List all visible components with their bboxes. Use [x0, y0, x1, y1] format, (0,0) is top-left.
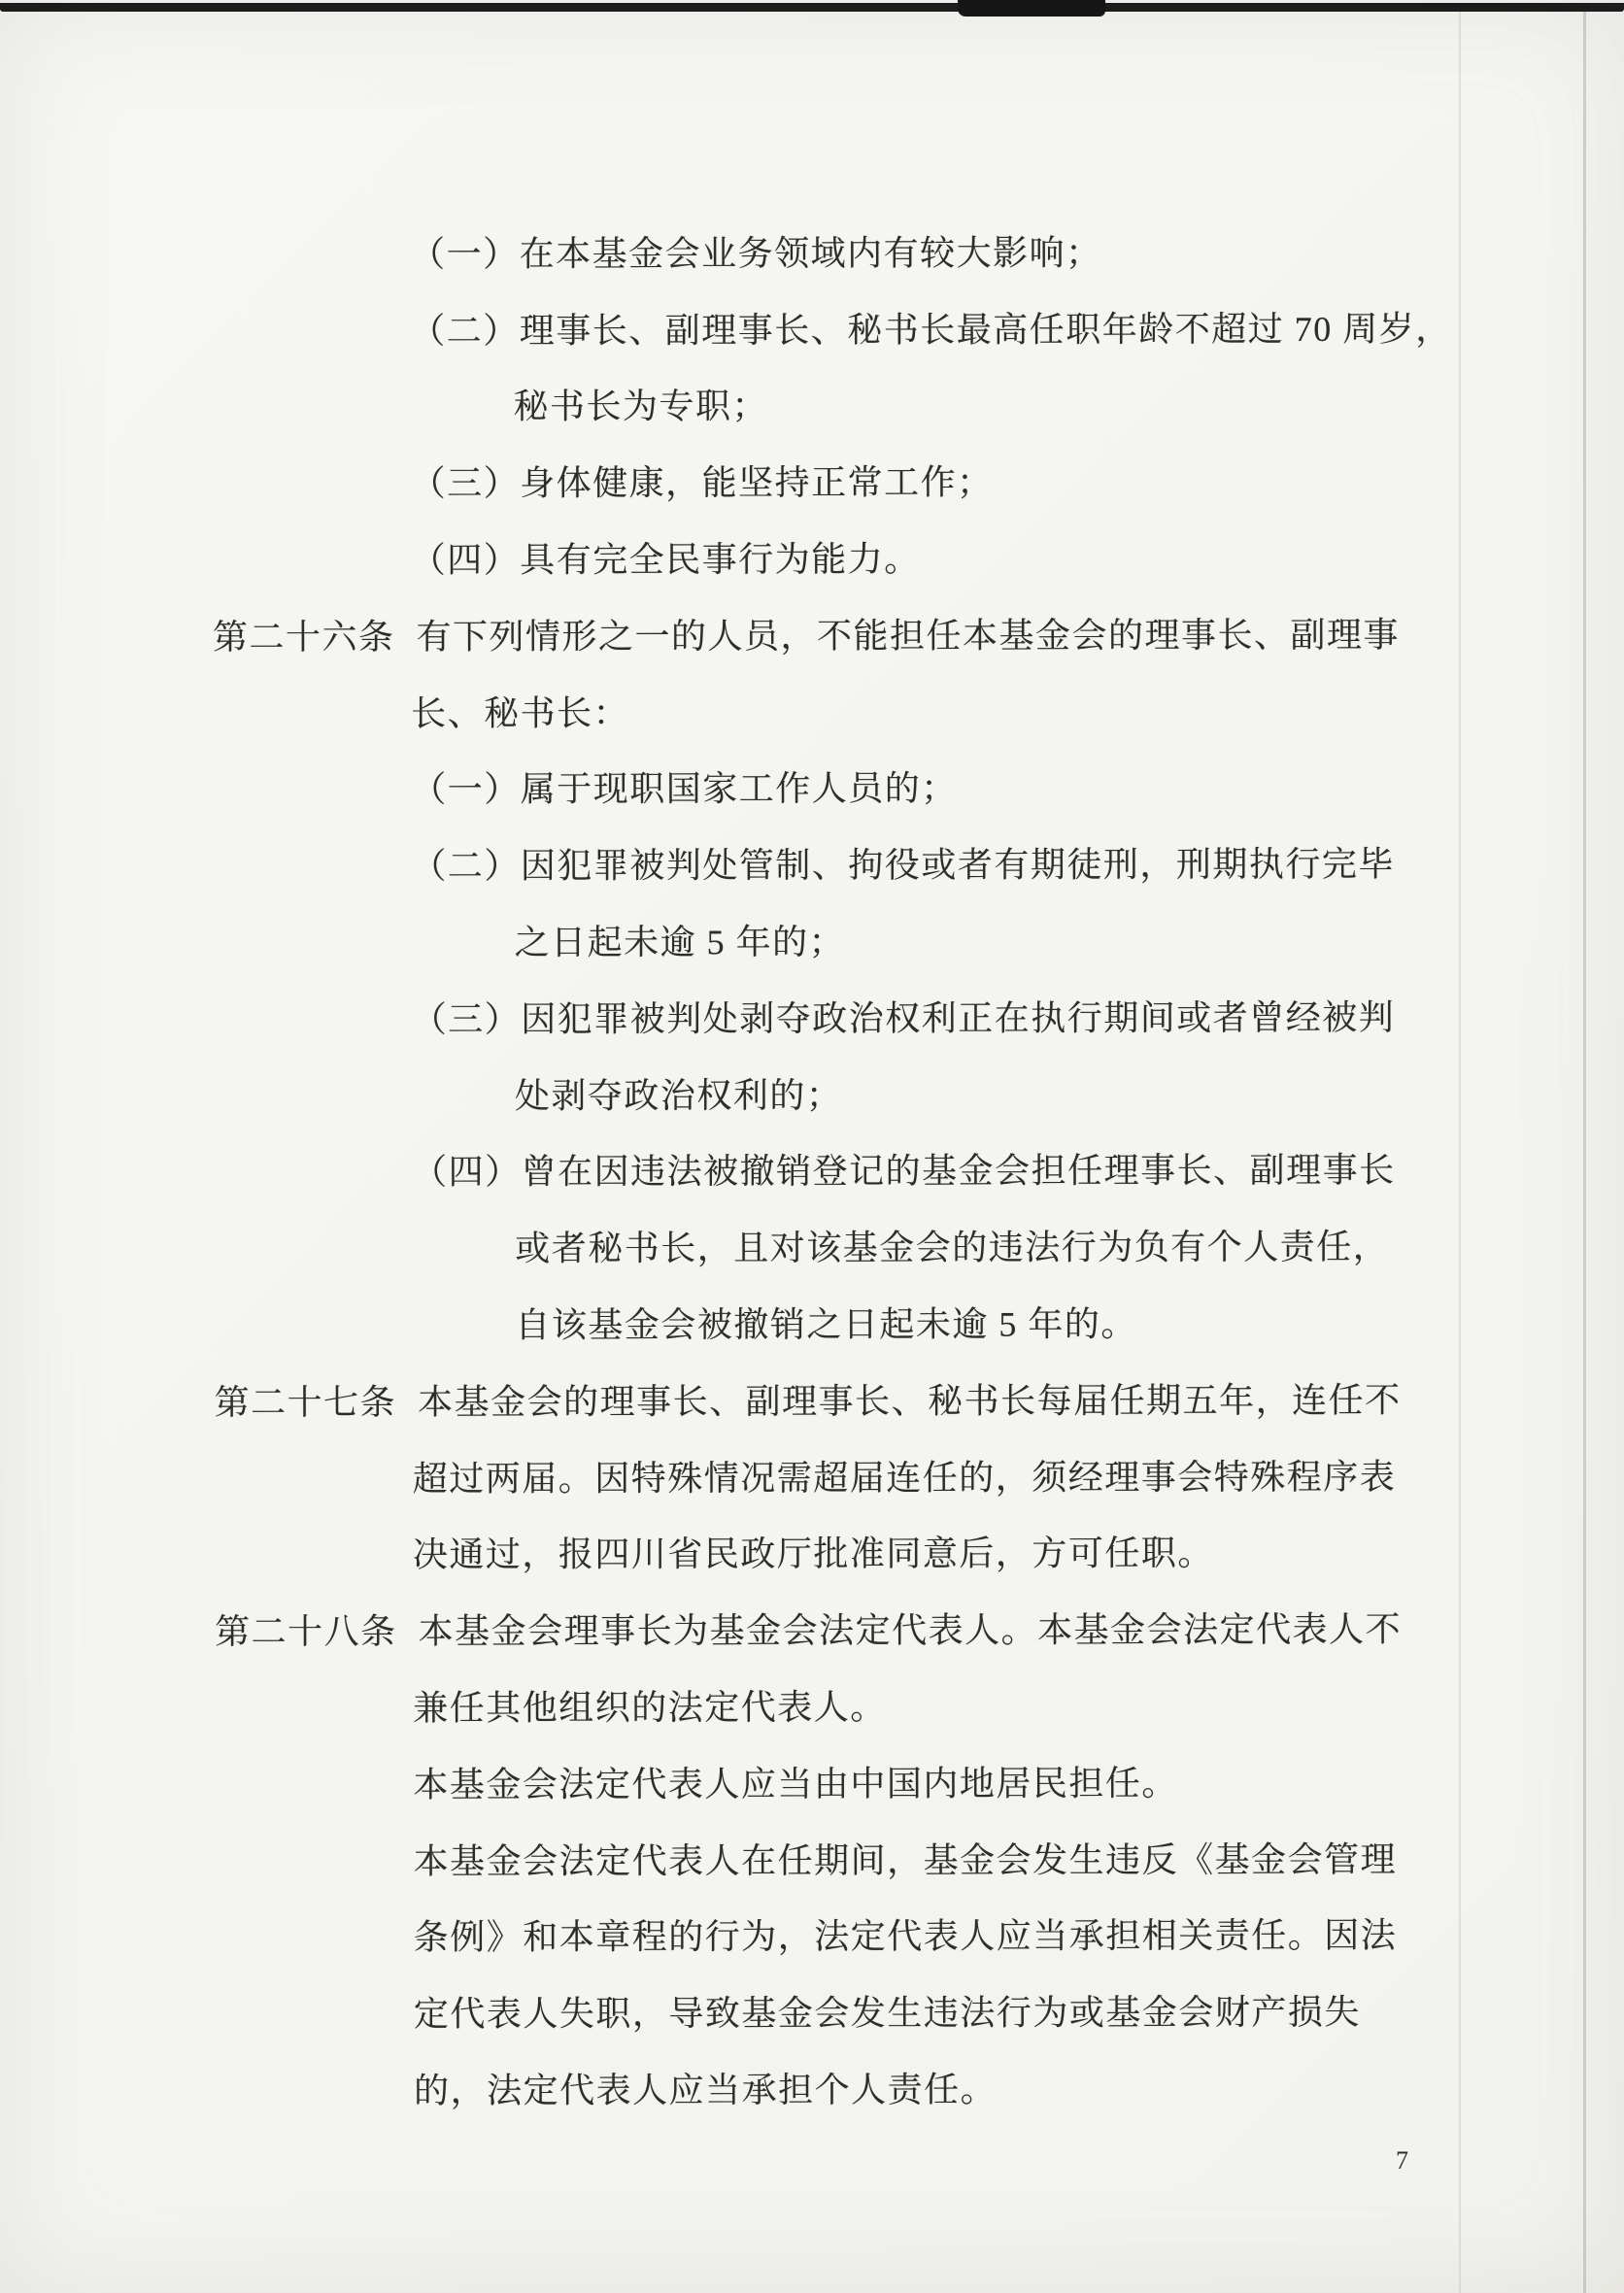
line-text: 本基金会法定代表人在任期间，基金会发生违反《基金会管理 [413, 1832, 1397, 1883]
text-line: 条例》和本章程的行为，法定代表人应当承担相关责任。因法 [4, 1895, 1624, 1974]
line-text: 定代表人失职，导致基金会发生违法行为或基金会财产损失 [414, 1985, 1361, 2037]
line-text: 兼任其他组织的法定代表人。 [413, 1680, 887, 1731]
scan-top-edge-blob [958, 0, 1105, 17]
text-line: （四）具有完全民事行为能力。 [1, 517, 1624, 596]
line-text: 秘书长为专职； [513, 380, 768, 430]
text-line: （二）因犯罪被判处管制、拘役或者有期徒刑，刑期执行完毕 [1, 824, 1624, 903]
line-text: （二）理事长、副理事长、秘书长最高任职年龄不超过 70 周岁， [410, 301, 1452, 353]
text-block: （一）在本基金会业务领域内有较大影响；（二）理事长、副理事长、秘书长最高任职年龄… [0, 211, 1624, 2127]
article-number: 第二十六条 [213, 610, 395, 659]
text-line: 本基金会法定代表人在任期间，基金会发生违反《基金会管理 [3, 1818, 1624, 1898]
text-line: 决通过，报四川省民政厅批准同意后，方可任职。 [3, 1512, 1624, 1592]
article-number: 第二十八条 [215, 1604, 397, 1654]
text-line: （一）属于现职国家工作人员的； [1, 747, 1624, 826]
line-text: 之日起未逾 5 年的； [515, 915, 846, 965]
text-line: （三）身体健康，能坚持正常工作； [0, 441, 1624, 521]
line-text: 本基金会的理事长、副理事长、秘书长每届任期五年，连任不 [418, 1373, 1402, 1425]
text-line: （四）曾在因违法被撤销登记的基金会担任理事长、副理事长 [2, 1130, 1624, 1209]
line-text: 本基金会理事长为基金会法定代表人。本基金会法定代表人不 [419, 1602, 1403, 1654]
page-number: 7 [1396, 2146, 1408, 2175]
text-line: （二）理事长、副理事长、秘书长最高任职年龄不超过 70 周岁， [0, 287, 1624, 367]
scan-top-edge [0, 3, 1624, 12]
text-line: 或者秘书长，且对该基金会的违法行为负有个人责任， [2, 1206, 1624, 1286]
text-line: 自该基金会被撤销之日起未逾 5 年的。 [2, 1282, 1624, 1362]
line-text: 超过两届。因特殊情况需超届连任的，须经理事会特殊程序表 [413, 1449, 1397, 1501]
line-text: 长、秘书长： [411, 686, 629, 735]
text-line: 超过两届。因特殊情况需超届连任的，须经理事会特殊程序表 [3, 1435, 1624, 1515]
line-text: （四）曾在因违法被撤销登记的基金会担任理事长、副理事长 [412, 1143, 1396, 1195]
line-text: （四）具有完全民事行为能力。 [411, 532, 921, 583]
line-text: 条例》和本章程的行为，法定代表人应当承担相关责任。因法 [414, 1908, 1398, 1960]
text-line: （三）因犯罪被判处剥夺政治权利正在执行期间或者曾经被判 [2, 976, 1624, 1056]
text-line: 本基金会法定代表人应当由中国内地居民担任。 [3, 1741, 1624, 1821]
text-line: 之日起未逾 5 年的； [1, 899, 1624, 979]
text-line: 第二十八条本基金会理事长为基金会法定代表人。本基金会法定代表人不 [3, 1589, 1624, 1669]
text-line: 第二十七条本基金会的理事长、副理事长、秘书长每届任期五年，连任不 [2, 1359, 1624, 1438]
line-text: 的，法定代表人应当承担个人责任。 [414, 2063, 997, 2113]
text-line: 的，法定代表人应当承担个人责任。 [4, 2047, 1624, 2127]
text-line: 长、秘书长： [1, 670, 1624, 750]
line-text: 决通过，报四川省民政厅批准同意后，方可任职。 [413, 1527, 1214, 1578]
text-line: （一）在本基金会业务领域内有较大影响； [0, 211, 1624, 290]
text-line: 秘书长为专职； [0, 364, 1624, 444]
document-page: （一）在本基金会业务领域内有较大影响；（二）理事长、副理事长、秘书长最高任职年龄… [0, 0, 1624, 2293]
text-line: 处剥夺政治权利的； [2, 1053, 1624, 1132]
text-line: 定代表人失职，导致基金会发生违法行为或基金会财产损失 [4, 1972, 1624, 2051]
text-line: 兼任其他组织的法定代表人。 [3, 1665, 1624, 1744]
line-text: （三）因犯罪被判处剥夺政治权利正在执行期间或者曾经被判 [412, 991, 1396, 1042]
line-text: （二）因犯罪被判处管制、拘役或者有期徒刑，刑期执行完毕 [411, 837, 1395, 889]
line-text: （一）在本基金会业务领域内有较大影响； [410, 225, 1102, 276]
line-text: 处剥夺政治权利的； [515, 1068, 843, 1119]
line-text: 有下列情形之一的人员，不能担任本基金会的理事长、副理事 [416, 608, 1400, 659]
line-text: （三）身体健康，能坚持正常工作； [411, 455, 994, 506]
text-line: 第二十六条有下列情形之一的人员，不能担任本基金会的理事长、副理事 [1, 593, 1624, 673]
line-text: 或者秘书长，且对该基金会的违法行为负有个人责任， [515, 1220, 1389, 1271]
line-text: （一）属于现职国家工作人员的； [411, 761, 958, 812]
article-number: 第二十七条 [215, 1375, 397, 1425]
line-text: 自该基金会被撤销之日起未逾 5 年的。 [515, 1297, 1137, 1347]
line-text: 本基金会法定代表人应当由中国内地居民担任。 [413, 1756, 1178, 1807]
